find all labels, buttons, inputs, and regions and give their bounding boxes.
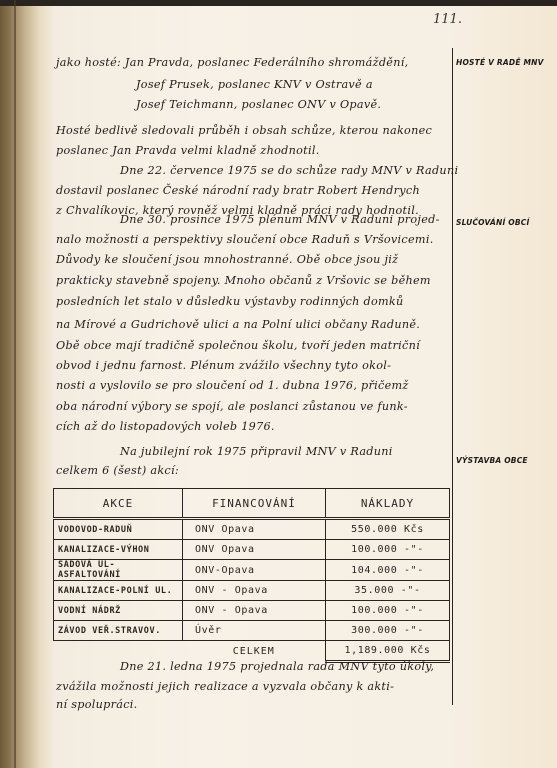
handwritten-line: oba národní výbory se spojí, ale poslanc… bbox=[56, 400, 408, 413]
cell-naklady: 35.000 -"- bbox=[326, 581, 450, 601]
handwritten-line: obvod i jednu farnost. Plénum zvážilo vš… bbox=[56, 359, 391, 372]
table-row: VODNÍ NÁDRŽONV - Opava100.000 -"- bbox=[54, 601, 450, 621]
page-number: 111. bbox=[433, 12, 462, 27]
table-row: KANALIZACE-VÝHONONV Opava100.000 -"- bbox=[54, 540, 450, 560]
cell-akce: SADOVÁ UL-ASFALTOVÁNÍ bbox=[54, 560, 183, 581]
cell-akce: KANALIZACE-VÝHON bbox=[54, 540, 183, 560]
handwritten-line: na Mírové a Gudrichově ulici a na Polní … bbox=[56, 318, 420, 331]
handwritten-line: posledních let stalo v důsledku výstavby… bbox=[56, 295, 404, 308]
handwritten-line: zvážila možnosti jejich realizace a vyzv… bbox=[56, 680, 394, 693]
header-naklady: NÁKLADY bbox=[326, 489, 450, 519]
handwritten-line: dostavil poslanec České národní rady bra… bbox=[56, 184, 420, 197]
total-value: 1,189.000 Kčs bbox=[326, 641, 450, 662]
cell-akce: VODNÍ NÁDRŽ bbox=[54, 601, 183, 621]
handwritten-line: prakticky stavebně spojeny. Mnoho občanů… bbox=[56, 274, 431, 287]
cell-financovani: ONV Opava bbox=[183, 519, 326, 540]
cell-naklady: 100.000 -"- bbox=[326, 601, 450, 621]
cell-naklady: 100.000 -"- bbox=[326, 540, 450, 560]
margin-rule bbox=[452, 48, 453, 705]
cell-financovani: ONV - Opava bbox=[183, 581, 326, 601]
table-row: KANALIZACE-POLNÍ UL.ONV - Opava35.000 -"… bbox=[54, 581, 450, 601]
scan-top-edge bbox=[0, 0, 557, 6]
handwritten-line: Obě obce mají tradičně společnou školu, … bbox=[56, 339, 420, 352]
handwritten-line: nosti a vyslovilo se pro sloučení od 1. … bbox=[56, 379, 409, 392]
table-row: ZÁVOD VEŘ.STRAVOV.Úvěr300.000 -"- bbox=[54, 621, 450, 641]
header-financovani: FINANCOVÁNÍ bbox=[183, 489, 326, 519]
margin-note: HOSTÉ V RADĚ MNV bbox=[456, 58, 544, 67]
cell-financovani: ONV - Opava bbox=[183, 601, 326, 621]
handwritten-line: Na jubilejní rok 1975 připravil MNV v Ra… bbox=[120, 445, 393, 458]
cell-financovani: Úvěr bbox=[183, 621, 326, 641]
handwritten-line: Dne 30. prosince 1975 plénum MNV v Radun… bbox=[120, 213, 440, 226]
header-akce: AKCE bbox=[54, 489, 183, 519]
handwritten-line: cích až do listopadových voleb 1976. bbox=[56, 420, 275, 433]
table-row: VODOVOD-RADUŇONV Opava550.000 Kčs bbox=[54, 519, 450, 540]
total-label: CELKEM bbox=[183, 641, 326, 662]
cell-naklady: 550.000 Kčs bbox=[326, 519, 450, 540]
cell-naklady: 300.000 -"- bbox=[326, 621, 450, 641]
handwritten-line: Důvody ke sloučení jsou mnohostranné. Ob… bbox=[56, 253, 398, 266]
cell-akce: VODOVOD-RADUŇ bbox=[54, 519, 183, 540]
margin-note: SLUČOVÁNÍ OBCÍ bbox=[456, 218, 529, 227]
table-total-row: CELKEM 1,189.000 Kčs bbox=[54, 641, 450, 662]
cell-financovani: ONV-Opava bbox=[183, 560, 326, 581]
cell-akce: KANALIZACE-POLNÍ UL. bbox=[54, 581, 183, 601]
handwritten-line: Dne 21. ledna 1975 projednala rada MNV t… bbox=[120, 660, 434, 673]
akce-table: AKCE FINANCOVÁNÍ NÁKLADY VODOVOD-RADUŇON… bbox=[53, 488, 450, 663]
margin-note: VÝSTAVBA OBCE bbox=[456, 456, 528, 465]
table-header-row: AKCE FINANCOVÁNÍ NÁKLADY bbox=[54, 489, 450, 519]
cell-naklady: 104.000 -"- bbox=[326, 560, 450, 581]
handwritten-line: Josef Teichmann, poslanec ONV v Opavě. bbox=[136, 98, 381, 111]
handwritten-line: poslanec Jan Pravda velmi kladně zhodnot… bbox=[56, 144, 320, 157]
cell-financovani: ONV Opava bbox=[183, 540, 326, 560]
table-row: SADOVÁ UL-ASFALTOVÁNÍONV-Opava104.000 -"… bbox=[54, 560, 450, 581]
handwritten-line: Hosté bedlivě sledovali průběh i obsah s… bbox=[56, 124, 432, 137]
book-binding bbox=[14, 0, 16, 768]
handwritten-line: celkem 6 (šest) akcí: bbox=[56, 464, 179, 477]
handwritten-line: Josef Prusek, poslanec KNV v Ostravě a bbox=[136, 78, 373, 91]
handwritten-line: jako hosté: Jan Pravda, poslanec Federál… bbox=[56, 56, 408, 69]
cell-akce: ZÁVOD VEŘ.STRAVOV. bbox=[54, 621, 183, 641]
handwritten-line: Dne 22. července 1975 se do schůze rady … bbox=[120, 164, 458, 177]
handwritten-line: nalo možnosti a perspektivy sloučení obc… bbox=[56, 233, 434, 246]
handwritten-line: ní spolupráci. bbox=[56, 698, 138, 711]
total-spacer bbox=[54, 641, 183, 662]
